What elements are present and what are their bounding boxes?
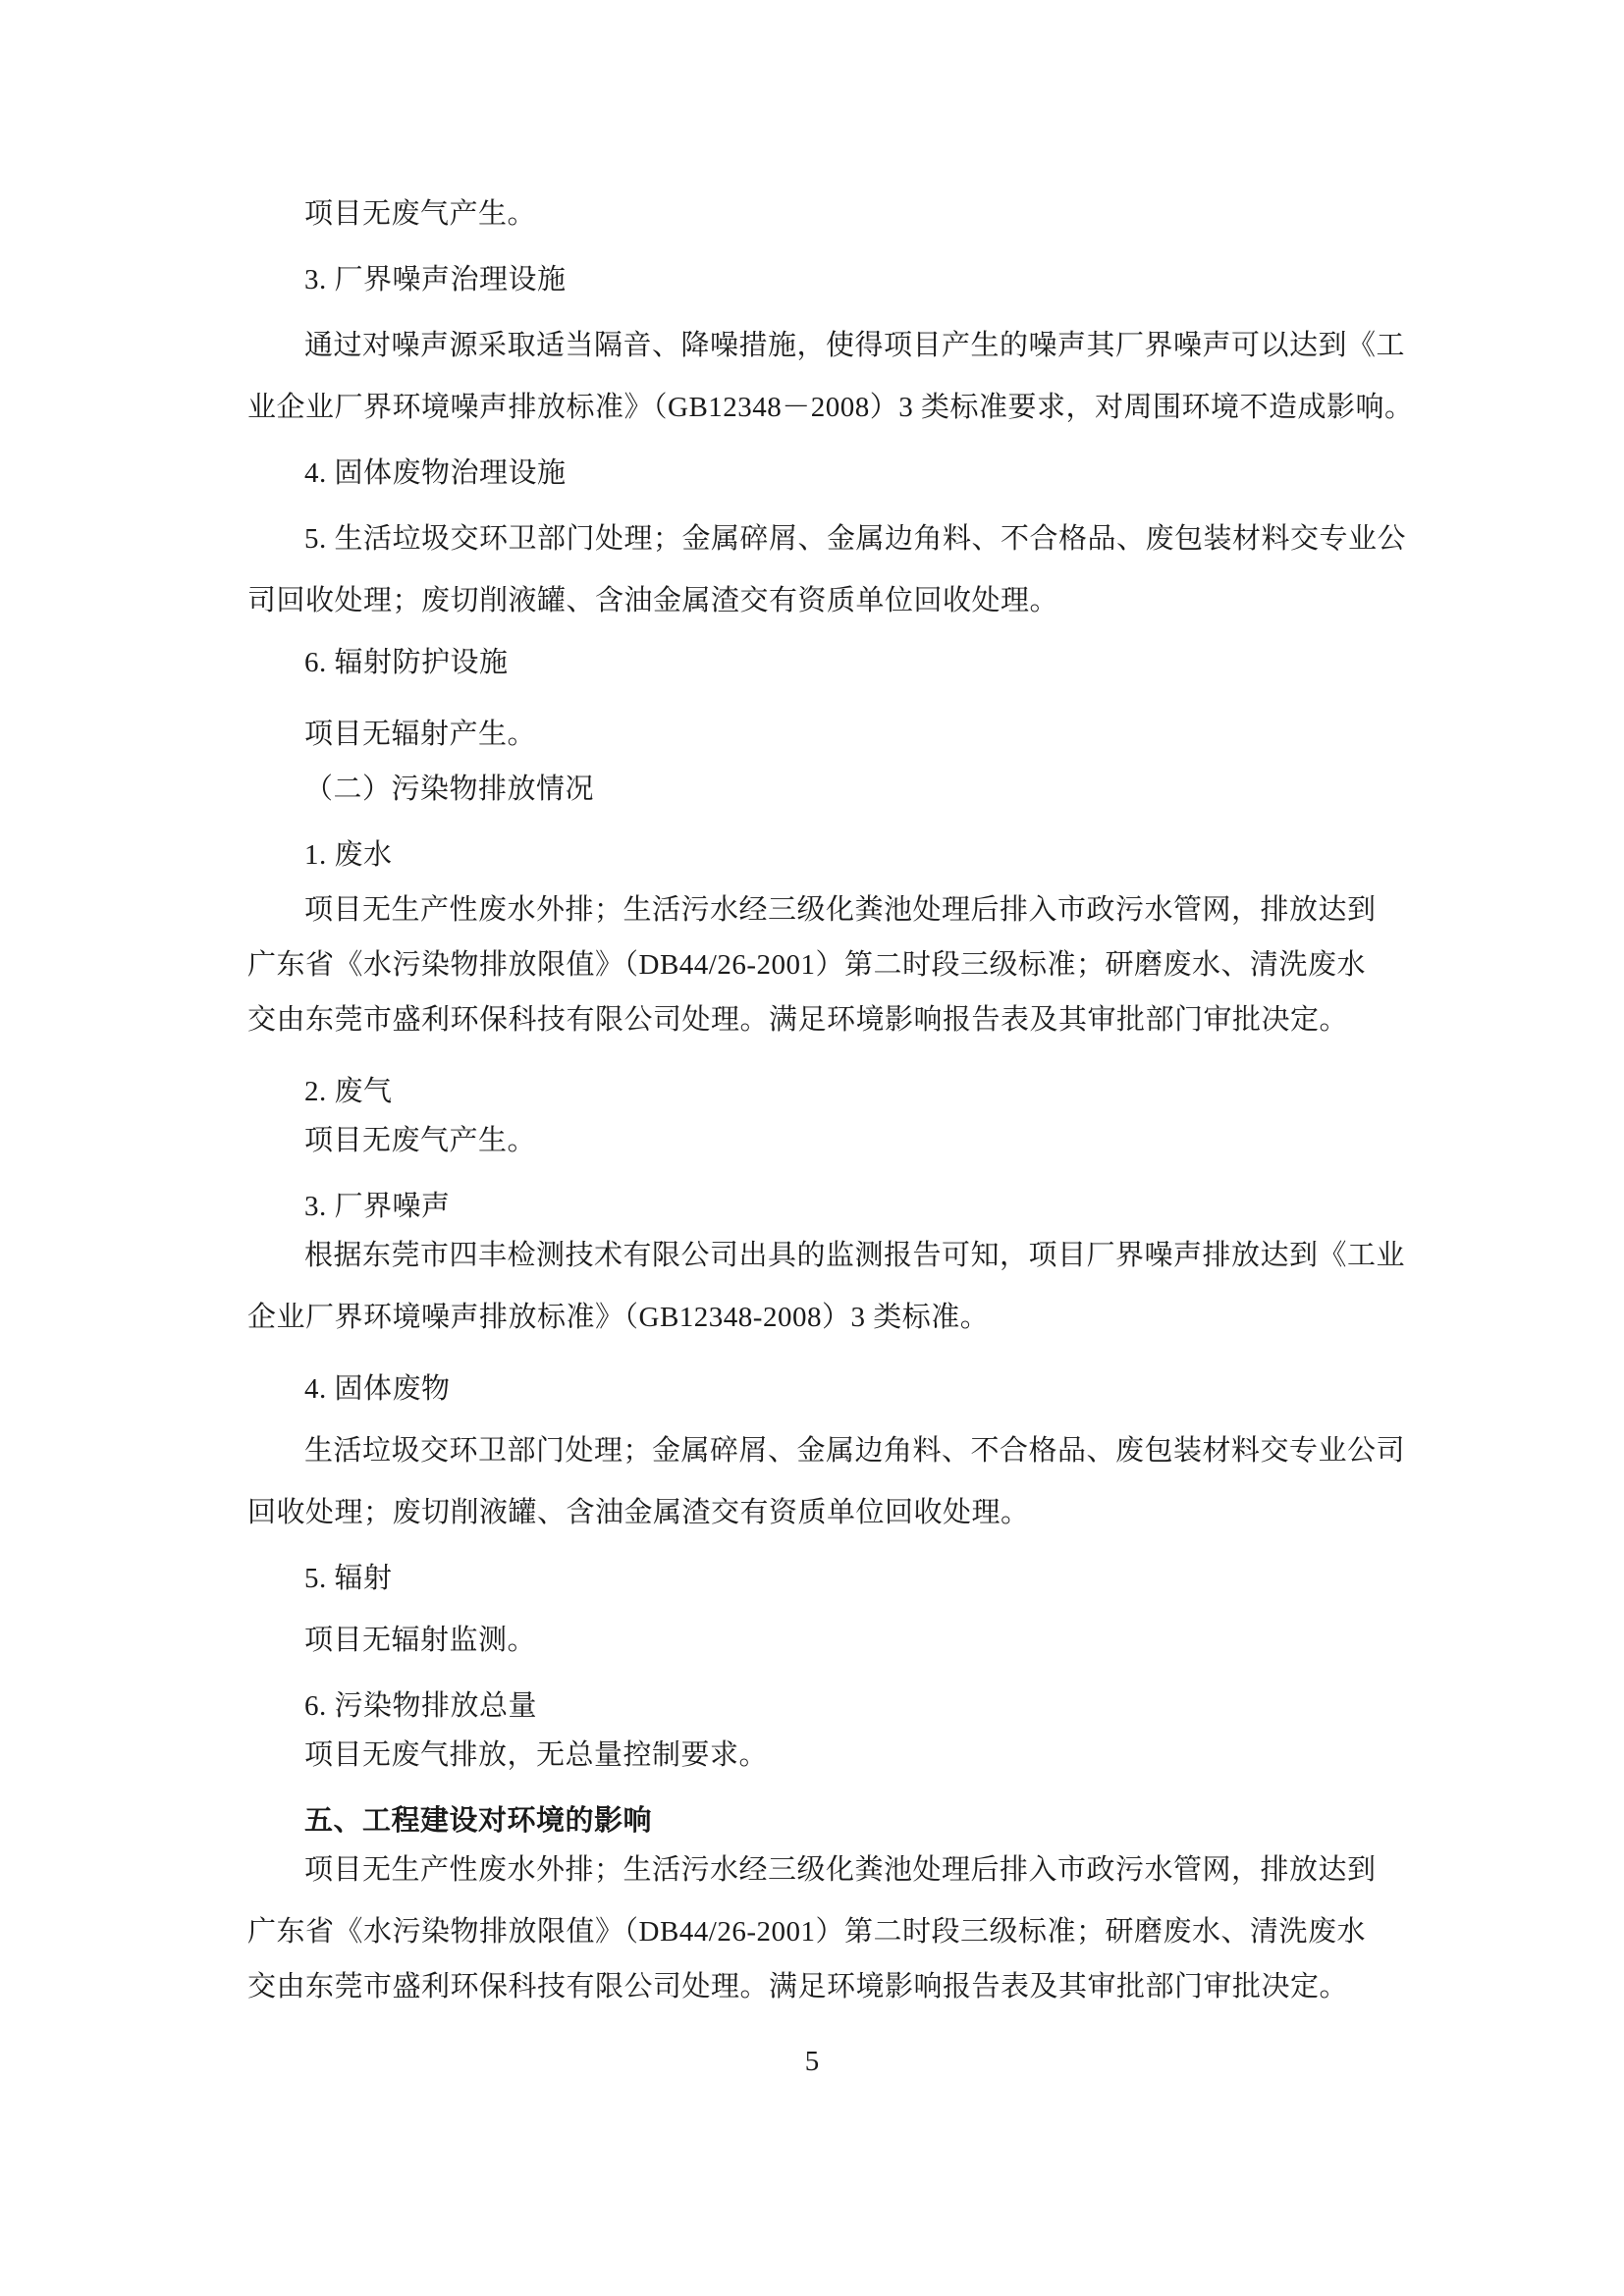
- text-line: 生活垃圾交环卫部门处理；金属碎屑、金属边角料、不合格品、废包装材料交专业公司: [247, 1436, 1386, 1467]
- text-line: 广东省《水污染物排放限值》（DB44/26-2001）第二时段三级标准；研磨废水…: [247, 950, 1386, 981]
- text-line: 6. 污染物排放总量: [247, 1691, 1386, 1722]
- text-line: 4. 固体废物: [247, 1374, 1386, 1405]
- text-line: （二）污染物排放情况: [247, 774, 1386, 805]
- section-heading: 五、工程建设对环境的影响: [247, 1806, 1386, 1837]
- text-line: 6. 辐射防护设施: [247, 648, 1386, 678]
- text-line: 通过对噪声源采取适当隔音、降噪措施，使得项目产生的噪声其厂界噪声可以达到《工: [247, 331, 1386, 361]
- text-line: 业企业厂界环境噪声排放标准》（GB12348－2008）3 类标准要求，对周围环…: [247, 393, 1386, 423]
- text-line: 1. 废水: [247, 840, 1386, 871]
- text-line: 2. 废气: [247, 1077, 1386, 1107]
- text-line: 交由东莞市盛利环保科技有限公司处理。满足环境影响报告表及其审批部门审批决定。: [247, 1005, 1386, 1036]
- document-page: 项目无废气产生。3. 厂界噪声治理设施通过对噪声源采取适当隔音、降噪措施，使得项…: [0, 0, 1624, 2296]
- text-line: 项目无辐射监测。: [247, 1626, 1386, 1656]
- text-line: 3. 厂界噪声治理设施: [247, 265, 1386, 295]
- text-line: 4. 固体废物治理设施: [247, 458, 1386, 489]
- text-line: 项目无废气排放，无总量控制要求。: [247, 1740, 1386, 1771]
- text-line: 根据东莞市四丰检测技术有限公司出具的监测报告可知，项目厂界噪声排放达到《工业: [247, 1241, 1386, 1271]
- text-line: 回收处理；废切削液罐、含油金属渣交有资质单位回收处理。: [247, 1498, 1386, 1528]
- text-line: 交由东莞市盛利环保科技有限公司处理。满足环境影响报告表及其审批部门审批决定。: [247, 1972, 1386, 2002]
- text-line: 5. 生活垃圾交环卫部门处理；金属碎屑、金属边角料、不合格品、废包装材料交专业公: [247, 524, 1386, 555]
- document-body: 项目无废气产生。3. 厂界噪声治理设施通过对噪声源采取适当隔音、降噪措施，使得项…: [247, 0, 1386, 2002]
- text-line: 项目无辐射产生。: [247, 720, 1386, 750]
- text-line: 5. 辐射: [247, 1564, 1386, 1594]
- text-line: 项目无生产性废水外排；生活污水经三级化粪池处理后排入市政污水管网，排放达到: [247, 1855, 1386, 1886]
- text-line: 项目无废气产生。: [247, 199, 1386, 230]
- text-line: 项目无生产性废水外排；生活污水经三级化粪池处理后排入市政污水管网，排放达到: [247, 895, 1386, 926]
- page-number: 5: [0, 2047, 1624, 2077]
- text-line: 司回收处理；废切削液罐、含油金属渣交有资质单位回收处理。: [247, 586, 1386, 616]
- text-line: 广东省《水污染物排放限值》（DB44/26-2001）第二时段三级标准；研磨废水…: [247, 1917, 1386, 1948]
- text-line: 3. 厂界噪声: [247, 1192, 1386, 1222]
- text-line: 项目无废气产生。: [247, 1126, 1386, 1156]
- text-line: 企业厂界环境噪声排放标准》（GB12348-2008）3 类标准。: [247, 1303, 1386, 1333]
